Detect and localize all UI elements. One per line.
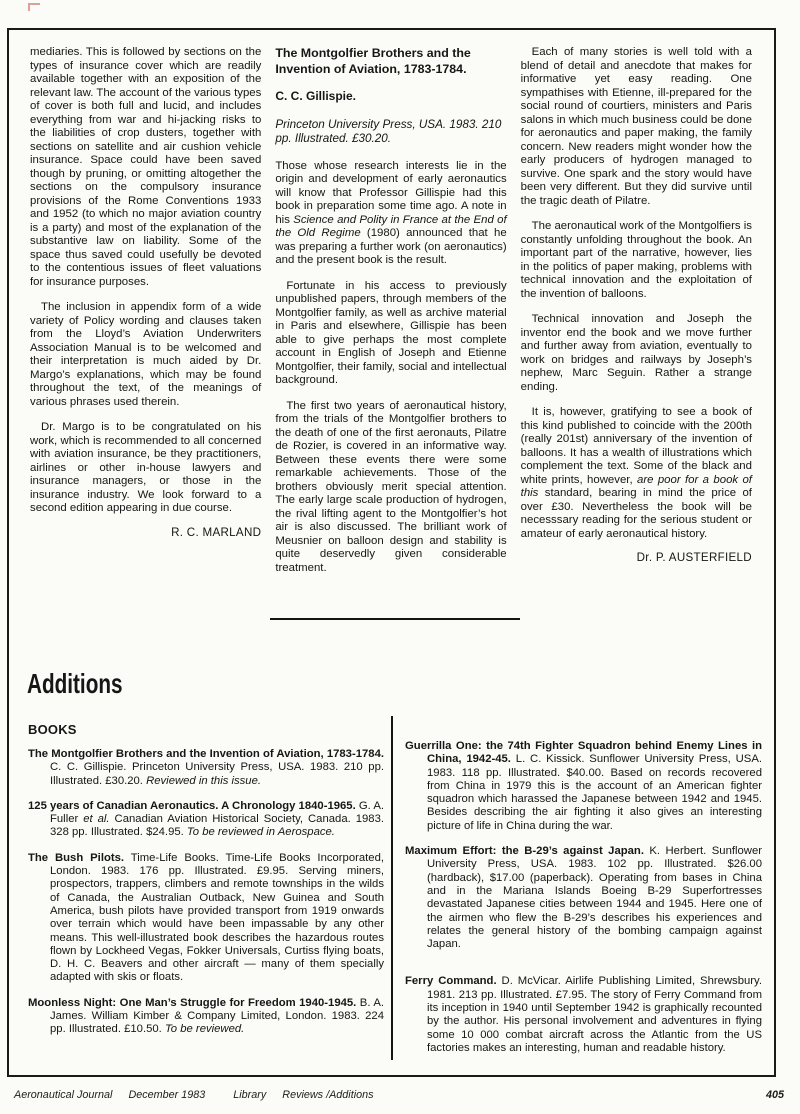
book-entry: Guerrilla One: the 74th Fighter Squadron… bbox=[405, 740, 762, 833]
book-entry-text: Time-Life Books. Time-Life Books Incorpo… bbox=[50, 852, 384, 984]
column-divider-rule bbox=[391, 716, 393, 1060]
book-entry-note: To be reviewed. bbox=[165, 1023, 244, 1035]
footer-section-label: Library bbox=[233, 1089, 266, 1101]
books-list-right-column: Guerrilla One: the 74th Fighter Squadron… bbox=[405, 740, 762, 1067]
reviewed-book-author: C. C. Gillispie. bbox=[275, 90, 506, 104]
additions-heading: Additions bbox=[27, 668, 123, 700]
review-paragraph: Fortunate in his access to previously un… bbox=[275, 280, 506, 388]
review-paragraph: The first two years of aeronautical hist… bbox=[275, 400, 506, 576]
page-footer: Aeronautical Journal December 1983 Libra… bbox=[14, 1089, 790, 1101]
page-number: 405 bbox=[766, 1089, 784, 1101]
red-registration-mark bbox=[28, 3, 40, 11]
review-column-3: Each of many stories is well told with a… bbox=[521, 46, 752, 587]
book-entry-title: The Montgolfier Brothers and the Inventi… bbox=[28, 748, 384, 760]
footer-journal-name: Aeronautical Journal bbox=[14, 1089, 112, 1101]
review-text: standard, bearing in mind the price of o… bbox=[521, 487, 752, 540]
books-list-left-column: The Montgolfier Brothers and the Inventi… bbox=[28, 748, 384, 1049]
review-paragraph: Those whose research interests lie in th… bbox=[275, 160, 506, 268]
book-entry: The Bush Pilots. Time-Life Books. Time-L… bbox=[28, 852, 384, 985]
review-column-2: The Montgolfier Brothers and the Inventi… bbox=[275, 46, 506, 587]
book-entry-etal: et al. bbox=[83, 813, 109, 825]
review-paragraph: mediaries. This is followed by sections … bbox=[30, 46, 261, 289]
book-entry-title: 125 years of Canadian Aeronautics. A Chr… bbox=[28, 800, 356, 812]
reviewed-book-title: The Montgolfier Brothers and the Inventi… bbox=[275, 46, 506, 77]
reviews-section: mediaries. This is followed by sections … bbox=[30, 46, 752, 587]
review-paragraph: It is, however, gratifying to see a book… bbox=[521, 406, 752, 541]
reviewed-book-imprint: Princeton University Press, USA. 1983. 2… bbox=[275, 118, 506, 147]
reviewer-signature: R. C. MARLAND bbox=[30, 526, 261, 540]
book-entry-title: The Bush Pilots. bbox=[28, 852, 124, 864]
review-paragraph: Technical innovation and Joseph the inve… bbox=[521, 313, 752, 394]
review-paragraph: Each of many stories is well told with a… bbox=[521, 46, 752, 208]
book-entry: 125 years of Canadian Aeronautics. A Chr… bbox=[28, 800, 384, 840]
review-paragraph: The inclusion in appendix form of a wide… bbox=[30, 301, 261, 409]
section-divider-rule bbox=[270, 618, 520, 620]
book-entry: Maximum Effort: the B-29’s against Japan… bbox=[405, 845, 762, 951]
scanned-journal-page: mediaries. This is followed by sections … bbox=[0, 0, 800, 1114]
reviewer-signature: Dr. P. AUSTERFIELD bbox=[521, 551, 752, 565]
book-entry-title: Moonless Night: One Man’s Struggle for F… bbox=[28, 997, 356, 1009]
review-column-1: mediaries. This is followed by sections … bbox=[30, 46, 261, 587]
book-entry: The Montgolfier Brothers and the Inventi… bbox=[28, 748, 384, 788]
books-subheading: BOOKS bbox=[28, 722, 77, 737]
book-entry: Ferry Command. D. McVicar. Airlife Publi… bbox=[405, 975, 762, 1055]
book-entry-title: Maximum Effort: the B-29’s against Japan… bbox=[405, 845, 644, 857]
book-entry-note: To be reviewed in Aerospace. bbox=[187, 826, 335, 838]
book-entry: Moonless Night: One Man’s Struggle for F… bbox=[28, 997, 384, 1037]
book-entry-title: Ferry Command. bbox=[405, 975, 497, 987]
footer-section-label-2: Reviews /Additions bbox=[282, 1089, 373, 1101]
book-entry-note: Reviewed in this issue. bbox=[146, 775, 261, 787]
footer-issue-date: December 1983 bbox=[128, 1089, 205, 1101]
review-paragraph: Dr. Margo is to be congratulated on his … bbox=[30, 421, 261, 516]
review-paragraph: The aeronautical work of the Montgolfier… bbox=[521, 220, 752, 301]
book-entry-text: K. Herbert. Sunflower University Press, … bbox=[427, 845, 762, 950]
